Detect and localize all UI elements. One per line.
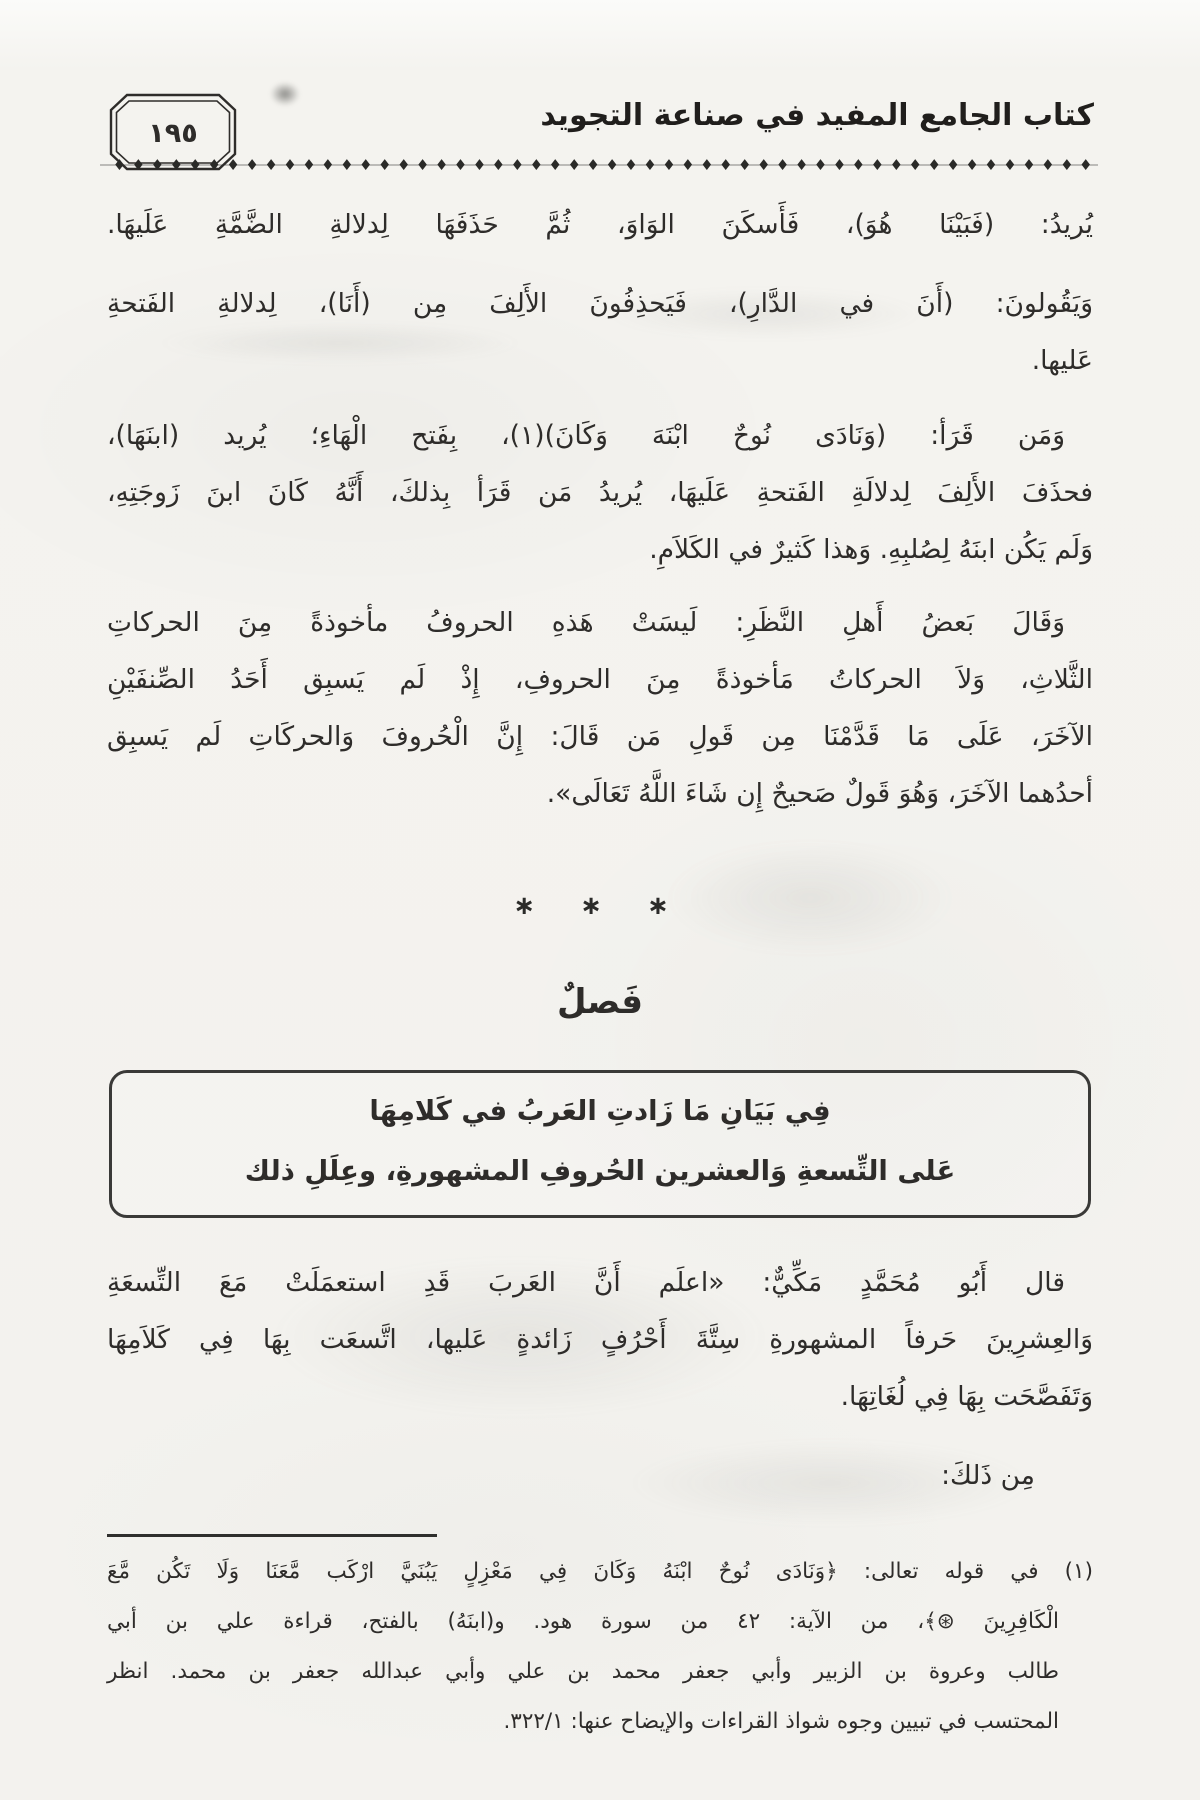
- section-heading: فَصلٌ: [107, 974, 1093, 1030]
- text-line: الثَّلاثِ، وَلاَ الحركاتُ مَأخوذةً مِنَ …: [107, 651, 1093, 708]
- section-title-box: فِي بَيَانِ مَا زَادتِ العَربُ في كَلامِ…: [109, 1070, 1091, 1218]
- scanned-book-page: ١٩٥ كتاب الجامع المفيد في صناعة التجويد …: [0, 0, 1200, 1800]
- diamond-divider-ornament: ♦♦♦♦♦♦♦♦♦♦♦♦♦♦♦♦♦♦♦♦♦♦♦♦♦♦♦♦♦♦♦♦♦♦♦♦♦♦♦♦…: [100, 156, 1098, 174]
- text-line: (١) في قوله تعالى: ﴿وَنَادَى نُوحٌ ابْنَ…: [107, 1547, 1093, 1597]
- text-line: الْكَافِرِينَ ⊛﴾، من الآية: ٤٢ من سورة ه…: [107, 1597, 1093, 1647]
- page-body: يُريدُ: (فَبَيْنَا هُوَ)، فَأَسكَنَ الوَ…: [107, 190, 1093, 1747]
- text-line: الآخَرَ، عَلَى مَا قَدَّمْنَا مِن قَولِ …: [107, 708, 1093, 765]
- text-line: يُريدُ: (فَبَيْنَا هُوَ)، فَأَسكَنَ الوَ…: [107, 196, 1093, 253]
- footnote-separator: [107, 1534, 437, 1537]
- paragraph: وَقَالَ بَعضُ أَهلِ النَّظَرِ: لَيسَتْ ه…: [107, 594, 1093, 822]
- text-line: وَلَم يَكُن ابنَهُ لِصُلبِهِ. وَهذا كَثي…: [107, 521, 1093, 578]
- page-number: ١٩٥: [148, 118, 197, 149]
- text-line: المحتسب في تبيين وجوه شواذ القراءات والإ…: [107, 1697, 1093, 1747]
- footnote-block: (١) في قوله تعالى: ﴿وَنَادَى نُوحٌ ابْنَ…: [107, 1547, 1093, 1747]
- text-line: قال أَبُو مُحَمَّدٍ مَكِّيٌّ: «اعلَم أَن…: [107, 1254, 1093, 1311]
- paragraph: مِن ذَلكَ:: [107, 1447, 1093, 1504]
- section-title-line: عَلى التِّسعةِ وَالعشرين الحُروفِ المشهو…: [138, 1141, 1062, 1201]
- paragraph: وَمَن قَرَأ: (وَنَادَى نُوحٌ ابْنَهَ وَك…: [107, 407, 1093, 578]
- paragraph: يُريدُ: (فَبَيْنَا هُوَ)، فَأَسكَنَ الوَ…: [107, 190, 1093, 253]
- asterisk-divider-ornament: ∗ ∗ ∗: [107, 882, 1093, 930]
- text-line: وَمَن قَرَأ: (وَنَادَى نُوحٌ ابْنَهَ وَك…: [107, 407, 1093, 464]
- text-line: عَليها.: [107, 332, 1093, 389]
- text-line: طالب وعروة بن الزبير وأبي جعفر محمد بن ع…: [107, 1647, 1093, 1697]
- text-line: وَيَقُولونَ: (أَنَ في الدَّارِ)، فَيَحذِ…: [107, 275, 1093, 332]
- ink-smudge-artifact: [270, 82, 300, 106]
- text-line: وَالعِشرِينَ حَرفاً المشهورةِ سِتَّةَ أَ…: [107, 1311, 1093, 1368]
- paragraph: وَيَقُولونَ: (أَنَ في الدَّارِ)، فَيَحذِ…: [107, 275, 1093, 389]
- text-line: فحذَفَ الأَلِفَ لِدلالَةِ الفَتحةِ عَلَي…: [107, 464, 1093, 521]
- text-line: وَتَفَصَّحَت بِهَا فِي لُغَاتِهَا.: [107, 1368, 1093, 1425]
- section-title-line: فِي بَيَانِ مَا زَادتِ العَربُ في كَلامِ…: [138, 1081, 1062, 1141]
- text-line: أحدُهما الآخَرَ، وَهُوَ قَولٌ صَحيحٌ إِن…: [107, 765, 1093, 822]
- book-title: كتاب الجامع المفيد في صناعة التجويد: [540, 98, 1094, 133]
- text-line: مِن ذَلكَ:: [107, 1447, 1093, 1504]
- text-line: وَقَالَ بَعضُ أَهلِ النَّظَرِ: لَيسَتْ ه…: [107, 594, 1093, 651]
- paragraph: قال أَبُو مُحَمَّدٍ مَكِّيٌّ: «اعلَم أَن…: [107, 1254, 1093, 1425]
